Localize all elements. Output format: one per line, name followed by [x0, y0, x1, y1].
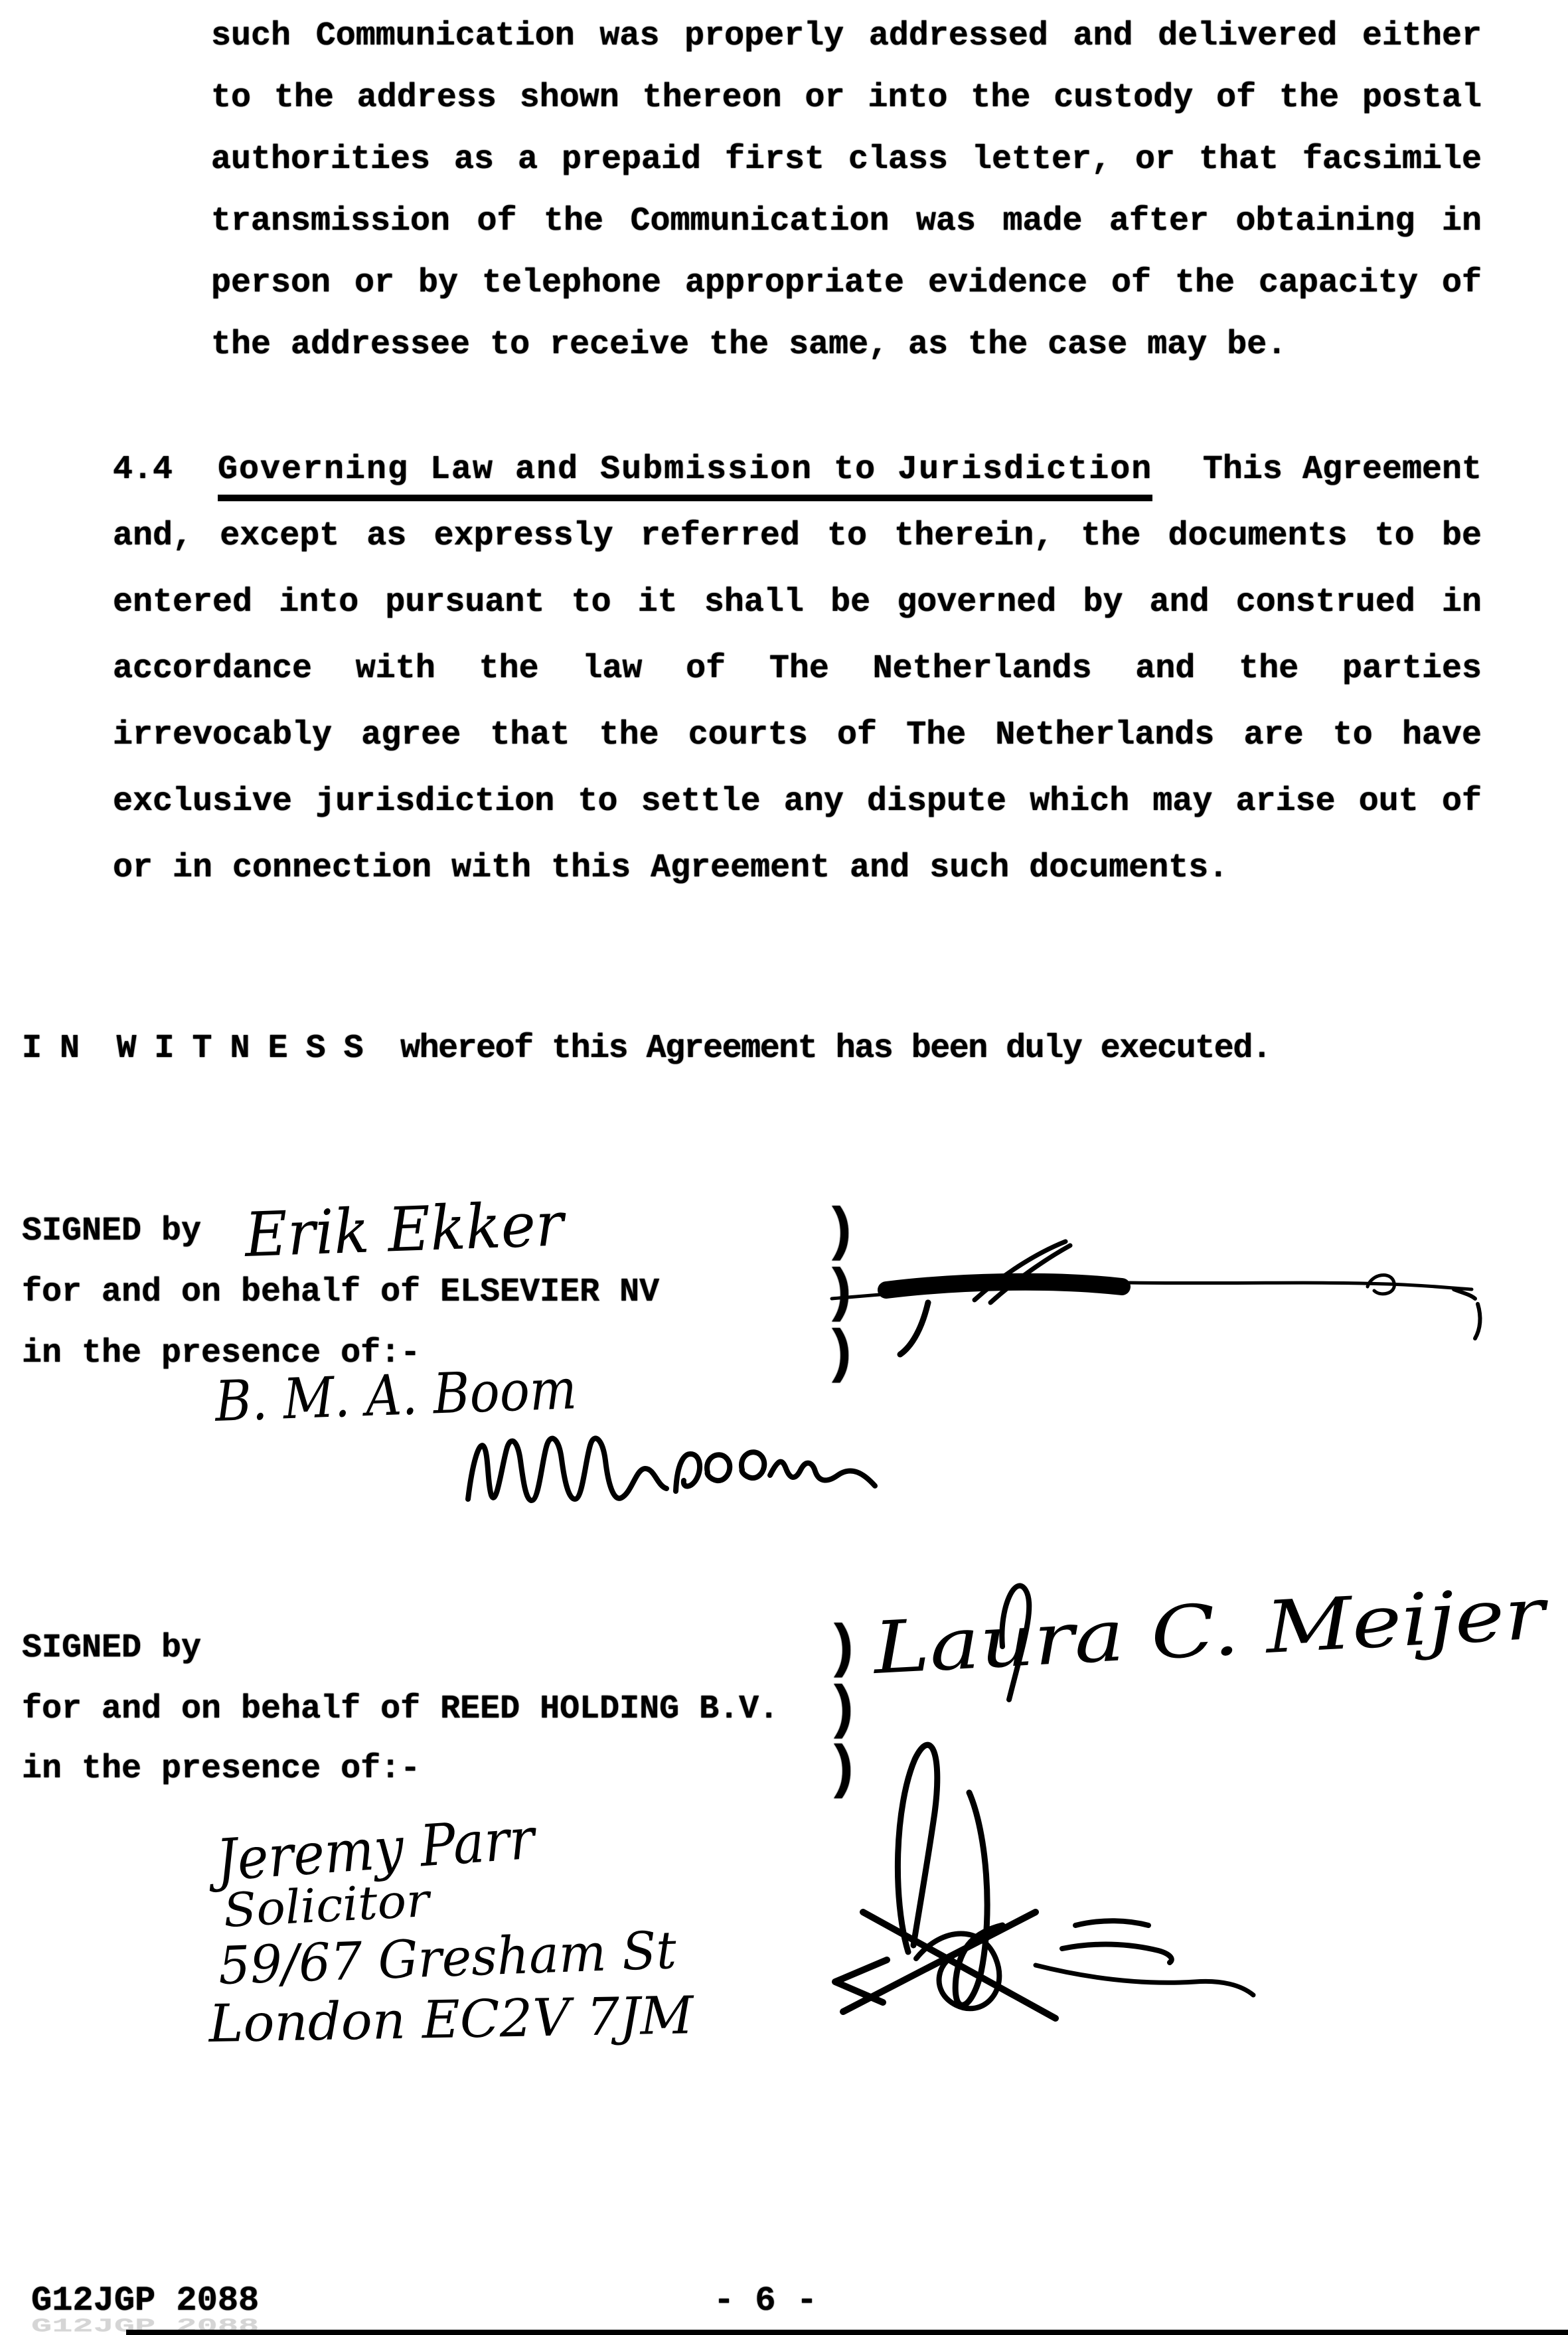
- witness-address-line2-handwriting: London EC2V 7JM: [207, 1986, 696, 2054]
- handwriting-layer: Erik Ekker B. M. A. Boom Laura C. Meijer: [0, 0, 1568, 2335]
- signatory-name-handwriting-elsevier: Erik Ekker: [242, 1188, 568, 1271]
- boom-signature-scribble: [468, 1438, 875, 1500]
- witness-name-handwriting-elsevier: B. M. A. Boom: [212, 1356, 578, 1434]
- witness-title-handwriting: Solicitor: [222, 1873, 433, 1938]
- scanned-contract-page: such Communication was properly addresse…: [0, 0, 1568, 2335]
- signatory-name-handwriting-reed: Laura C. Meijer: [870, 1572, 1551, 1690]
- elsevier-signature-scribble: [832, 1242, 1480, 1354]
